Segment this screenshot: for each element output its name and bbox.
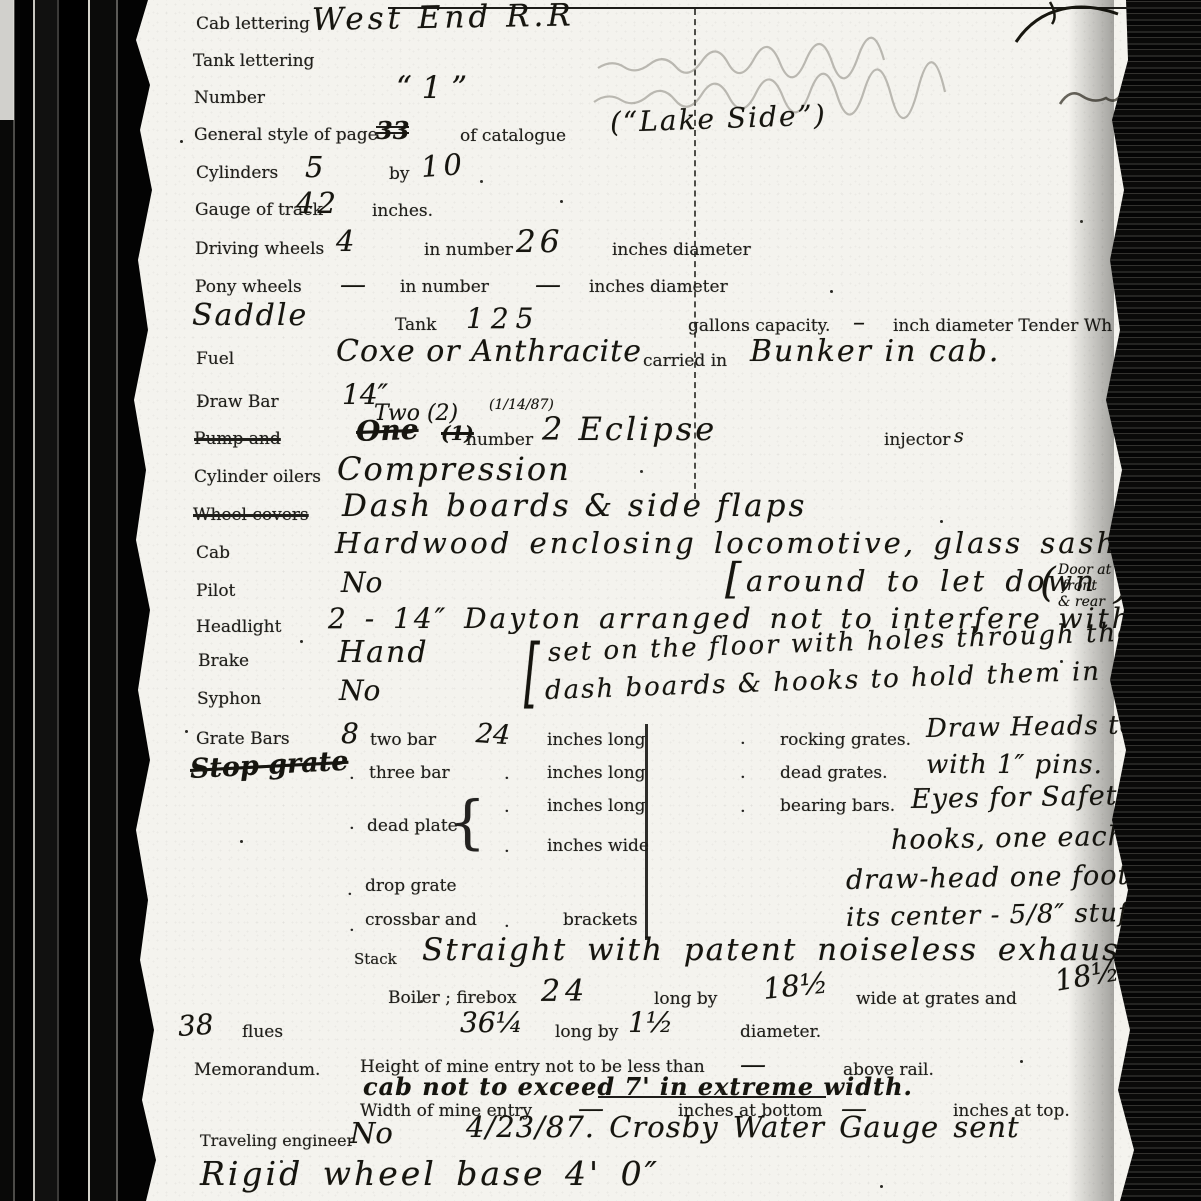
flues-diameter: 1½	[628, 1006, 673, 1039]
crosby-gauge-note: 4/23/87. Crosby Water Gauge sent	[466, 1110, 1020, 1144]
bearing-bars-dot: ·	[740, 801, 746, 822]
memorandum-label: Memorandum.	[194, 1060, 320, 1080]
cylinders-label: Cylinders	[196, 163, 278, 183]
flues-count: 38	[177, 1008, 215, 1043]
number-value: “ 1 ”	[396, 70, 467, 106]
drop-grate-label: drop grate	[365, 876, 457, 896]
tank-gallons-value: 125	[466, 302, 540, 335]
gauge-value: 42	[296, 186, 339, 220]
dead-grates-dot: ·	[740, 767, 746, 788]
number-label: Number	[194, 88, 265, 108]
injector-label: injector	[884, 430, 950, 450]
pump-and-label-struck: Pump and	[194, 429, 281, 449]
traveling-engineer-label: Traveling engineer	[200, 1131, 354, 1150]
cylinders-by-label: by	[389, 164, 410, 184]
firebox-length: 24	[541, 974, 589, 1009]
driving-wheels-diameter: 26	[516, 224, 563, 260]
tender-diameter-dash: –	[853, 308, 865, 336]
dead-plate-wide-dot: ·	[504, 841, 510, 862]
syphon-value: No	[339, 674, 380, 707]
dead-plate-label: dead plate	[367, 816, 458, 836]
rigid-wheel-base-value: Rigid wheel base 4' 0″	[200, 1154, 660, 1193]
cylinder-oilers-value: Compression	[337, 450, 571, 488]
fuel-value: Coxe or Anthracite	[336, 334, 642, 369]
left-band-light-gap	[0, 0, 14, 120]
brackets-label: brackets	[563, 910, 638, 930]
cab-label: Cab	[196, 543, 230, 563]
stack-label: Stack	[354, 950, 397, 968]
three-bar-inches-long: inches long	[547, 763, 646, 783]
flues-diameter-unit: diameter.	[740, 1022, 821, 1042]
two-bar-inches-long: inches long	[547, 730, 646, 750]
two-bar-length: 24	[475, 718, 511, 751]
brake-note-bracket: [	[524, 630, 540, 717]
dead-plate-inches-wide: inches wide	[547, 836, 649, 856]
pony-wheels-count: —	[340, 270, 366, 300]
three-bar-label: three bar	[369, 763, 450, 783]
two-bar-label: two bar	[370, 730, 436, 750]
drop-grate-dot: ·	[347, 884, 353, 905]
draw-bar-label: Draw Bar	[196, 392, 279, 412]
wheel-covers-label-struck: Wheel covers	[193, 505, 309, 525]
pony-wheels-diameter: —	[535, 270, 561, 300]
three-bar-len-dot: ·	[504, 768, 510, 789]
pilot-label: Pilot	[196, 581, 235, 601]
driving-wheels-count: 4	[336, 224, 354, 258]
pony-in-number-label: in number	[400, 277, 489, 297]
cab-continuation-bracket: [	[725, 554, 741, 603]
dead-plate-dot: ·	[349, 818, 355, 839]
flues-length: 36¼	[460, 1006, 523, 1039]
left-scan-gutter-band	[0, 0, 175, 1201]
brake-label: Brake	[198, 651, 249, 671]
dead-plate-long-dot: ·	[504, 801, 510, 822]
stop-grate-struck: Stop grate	[189, 746, 349, 785]
flues-long-by-label: long by	[555, 1022, 618, 1042]
injector-value: 2 Eclipse	[542, 410, 717, 448]
cylinder-oilers-label: Cylinder oilers	[194, 467, 321, 487]
pump-one-struck: One	[355, 413, 419, 448]
wide-at-grates-label: wide at grates and	[856, 989, 1017, 1009]
tank-kind-value: Saddle	[192, 298, 308, 333]
pilot-value: No	[341, 566, 382, 599]
brake-value: Hand	[338, 635, 429, 670]
tank-lettering-label: Tank lettering	[193, 51, 314, 71]
door-note-open-paren: (	[1040, 560, 1056, 606]
flues-label: flues	[242, 1022, 283, 1042]
gauge-unit: inches.	[372, 201, 433, 221]
cylinders-stroke: 10	[420, 147, 467, 184]
rocking-grates-label: rocking grates.	[780, 730, 911, 750]
pony-wheels-label: Pony wheels	[195, 277, 302, 297]
cylinders-bore: 5	[305, 150, 323, 184]
carried-in-label: carried in	[643, 351, 727, 371]
syphon-label: Syphon	[197, 689, 261, 709]
driving-in-number-label: in number	[424, 240, 513, 260]
three-bar-dot: ·	[349, 768, 355, 789]
driving-diameter-unit: inches diameter	[612, 240, 751, 260]
stack-value: Straight with patent noiseless exhaust	[422, 932, 1135, 968]
dead-plate-inches-long: inches long	[547, 796, 646, 816]
right-band-fade	[1068, 0, 1114, 1201]
style-struck-value: 33	[376, 116, 409, 145]
grate-bars-label: Grate Bars	[196, 729, 290, 749]
gallons-capacity-label: gallons capacity.	[688, 316, 830, 336]
boiler-firebox-label: Boiler ; firebox	[388, 988, 517, 1008]
tank-label: Tank	[395, 315, 436, 335]
paper-speck-cluster	[180, 140, 183, 143]
bearing-bars-label: bearing bars.	[780, 796, 895, 816]
crossbar-label: crossbar and	[365, 910, 477, 930]
dead-grates-label: dead grates.	[780, 763, 888, 783]
injector-plural-s: s	[954, 425, 964, 447]
driving-wheels-label: Driving wheels	[195, 239, 324, 259]
cab-lettering-value: West End R.R	[312, 0, 575, 38]
firebox-width: 18½	[761, 965, 829, 1006]
of-catalogue-label: of catalogue	[460, 126, 566, 146]
memo-handwritten-note: cab not to exceed 7' in extreme width.	[363, 1072, 913, 1101]
dead-plate-brace: {	[449, 788, 486, 856]
rocking-dot: ·	[740, 733, 746, 754]
pony-diameter-unit: inches diameter	[589, 277, 728, 297]
wheel-covers-value: Dash boards & side flaps	[342, 488, 807, 524]
grate-column-divider-line	[645, 724, 648, 940]
scanned-locomotive-spec-form: Cab lettering West End R.R Tank letterin…	[0, 0, 1201, 1201]
lake-side-note: (“Lake Side”)	[609, 98, 827, 139]
cab-value-line1: Hardwood enclosing locomotive, glass sas…	[335, 526, 1180, 560]
headlight-label: Headlight	[196, 617, 281, 637]
cab-lettering-label: Cab lettering	[196, 14, 310, 34]
fuel-where-value: Bunker in cab.	[750, 334, 1000, 369]
crossbar-dot: ·	[349, 920, 355, 941]
pump-number-label: number	[466, 430, 533, 450]
fuel-label: Fuel	[196, 349, 234, 369]
traveling-engineer-value: No	[350, 1116, 393, 1150]
style-of-page-label: General style of page	[194, 125, 378, 145]
